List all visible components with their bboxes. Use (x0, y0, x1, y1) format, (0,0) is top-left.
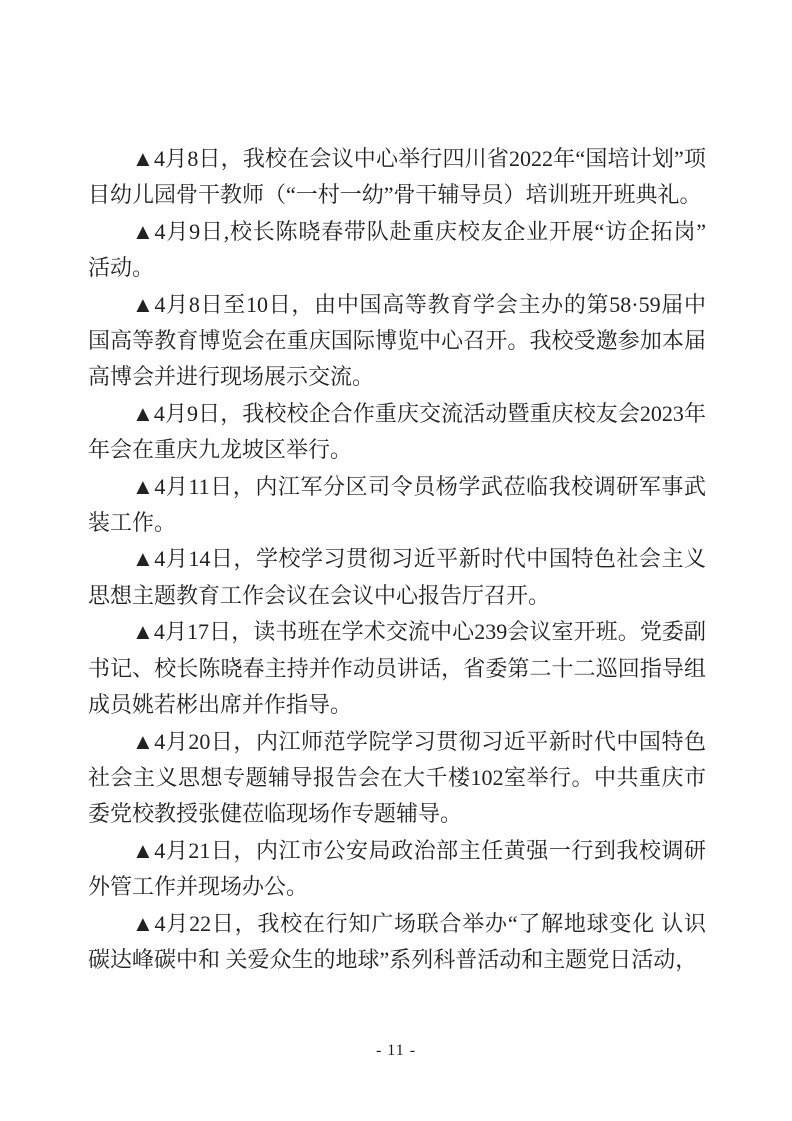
page-footer: - 11 - (0, 1042, 792, 1060)
chronicle-entry: ▲4月14日，学校学习贯彻习近平新时代中国特色社会主义思想主题教育工作会议在会议… (88, 541, 706, 614)
chronicle-entries: ▲4月8日，我校在会议中心举行四川省2022年“国培计划”项目幼儿园骨干教师（“… (88, 141, 706, 978)
chronicle-entry: ▲4月8日至10日，由中国高等教育学会主办的第58·59届中国高等教育博览会在重… (88, 287, 706, 396)
page-number: - 11 - (376, 1042, 416, 1059)
chronicle-entry: ▲4月17日，读书班在学术交流中心239会议室开班。党委副书记、校长陈晓春主持并… (88, 614, 706, 723)
chronicle-entry: ▲4月11日，内江军分区司令员杨学武莅临我校调研军事武装工作。 (88, 469, 706, 542)
chronicle-entry: ▲4月8日，我校在会议中心举行四川省2022年“国培计划”项目幼儿园骨干教师（“… (88, 141, 706, 214)
chronicle-entry: ▲4月22日，我校在行知广场联合举办“了解地球变化 认识碳达峰碳中和 关爱众生的… (88, 906, 706, 979)
chronicle-entry: ▲4月21日，内江市公安局政治部主任黄强一行到我校调研外管工作并现场办公。 (88, 833, 706, 906)
document-page: ▲4月8日，我校在会议中心举行四川省2022年“国培计划”项目幼儿园骨干教师（“… (0, 0, 792, 1121)
chronicle-entry: ▲4月20日，内江师范学院学习贯彻习近平新时代中国特色社会主义思想专题辅导报告会… (88, 724, 706, 833)
chronicle-entry: ▲4月9日，我校校企合作重庆交流活动暨重庆校友会2023年年会在重庆九龙坡区举行… (88, 396, 706, 469)
chronicle-entry: ▲4月9日,校长陈晓春带队赴重庆校友企业开展“访企拓岗”活动。 (88, 214, 706, 287)
